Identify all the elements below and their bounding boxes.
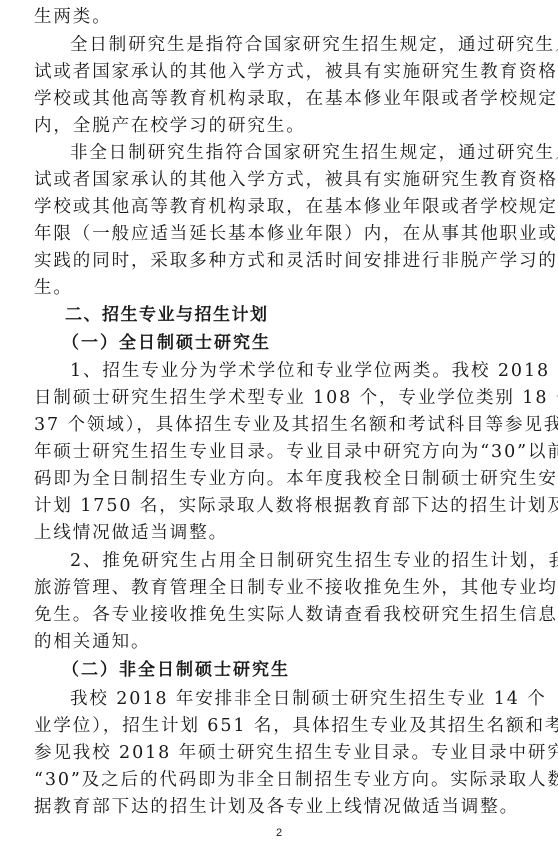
paragraph-line: “30”及之后的代码即为非全日制招生专业方向。实际录取人数将根	[34, 767, 524, 794]
paragraph-line: 日制硕士研究生招生学术型专业 108 个，专业学位类别 18 个（包括	[34, 385, 524, 412]
paragraph-line: 实践的同时，采取多种方式和灵活时间安排进行非脱产学习的研究	[34, 248, 524, 275]
paragraph-line: 旅游管理、教育管理全日制专业不接收推免生外，其他专业均接收推	[34, 575, 524, 602]
subsection-heading: （二）非全日制硕士研究生	[62, 657, 290, 684]
document-page: 生两类。 全日制研究生是指符合国家研究生招生规定，通过研究生入学考 试或者国家承…	[0, 0, 558, 847]
paragraph-line: 试或者国家承认的其他入学方式，被具有实施研究生教育资格的高等	[34, 59, 524, 86]
paragraph-line: 年限（一般应适当延长基本修业年限）内，在从事其他职业或者社会	[34, 221, 524, 248]
paragraph-line: 非全日制研究生指符合国家研究生招生规定，通过研究生入学考	[70, 140, 524, 167]
paragraph-line: 学校或其他高等教育机构录取，在基本修业年限或者学校规定年限	[34, 86, 524, 113]
paragraph-line: 据教育部下达的招生计划及各专业上线情况做适当调整。	[34, 794, 524, 821]
paragraph-line: 学校或其他高等教育机构录取，在基本修业年限或者学校规定的修业	[34, 194, 524, 221]
paragraph-line: 上线情况做适当调整。	[34, 520, 524, 547]
paragraph-line: 业学位），招生计划 651 名，具体招生专业及其招生名额和考试科目等	[34, 713, 524, 740]
paragraph-line: 生。	[34, 275, 524, 302]
paragraph-line: 免生。各专业接收推免生实际人数请查看我校研究生招生信息网发布	[34, 602, 524, 629]
paragraph-line: 的相关通知。	[34, 629, 524, 656]
paragraph-line: 37 个领域），具体招生专业及其招生名额和考试科目等参见我校 2018	[34, 412, 524, 439]
paragraph-line: 内，全脱产在校学习的研究生。	[34, 113, 524, 140]
paragraph-line: 码即为全日制招生专业方向。本年度我校全日制硕士研究生安排招生	[34, 466, 524, 493]
paragraph-line: 参见我校 2018 年硕士研究生招生专业目录。专业目录中研究方向	[34, 740, 524, 767]
paragraph-line: 我校 2018 年安排非全日制硕士研究生招生专业 14 个（全部为专	[70, 686, 524, 713]
paragraph-line: 生两类。	[34, 4, 524, 31]
paragraph-line: 全日制研究生是指符合国家研究生招生规定，通过研究生入学考	[70, 32, 524, 59]
paragraph-line: 试或者国家承认的其他入学方式，被具有实施研究生教育资格的高等	[34, 167, 524, 194]
paragraph-line: 年硕士研究生招生专业目录。专业目录中研究方向为“30”以前的代	[34, 439, 524, 466]
paragraph-line: 2、推免研究生占用全日制研究生招生专业的招生计划，我校除	[70, 548, 524, 575]
section-heading: 二、招生专业与招生计划	[65, 302, 269, 329]
subsection-heading: （一）全日制硕士研究生	[62, 330, 271, 357]
page-number: 2	[0, 827, 558, 839]
paragraph-line: 1、招生专业分为学术学位和专业学位两类。我校 2018 年安排全	[70, 358, 524, 385]
paragraph-line: 计划 1750 名，实际录取人数将根据教育部下达的招生计划及各专业	[34, 493, 524, 520]
